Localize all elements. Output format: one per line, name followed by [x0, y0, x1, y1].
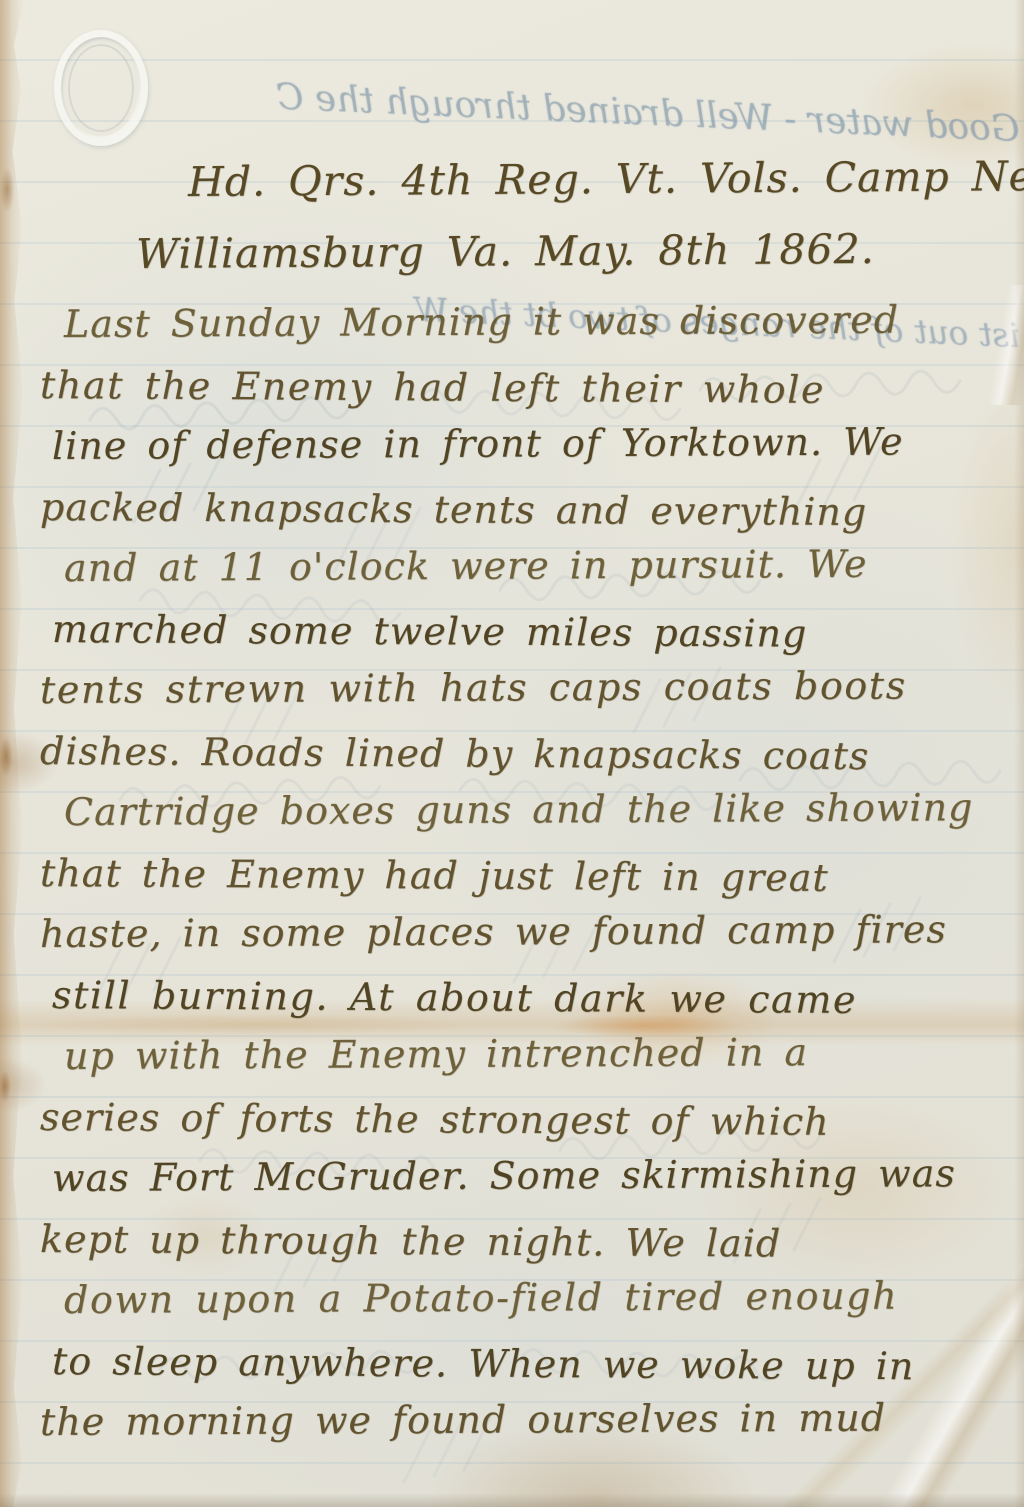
letter-line: line of defense in front of Yorktown. We [52, 413, 1012, 479]
letter-line: tents strewn with hats caps coats boots [40, 657, 1012, 723]
page-right-edge [1014, 0, 1024, 1507]
letter-line: Cartridge boxes guns and the like showin… [64, 779, 1012, 845]
letter-line: down upon a Potato-field tired enough [64, 1267, 1012, 1333]
letter-line: haste, in some places we found camp fire… [40, 901, 1012, 967]
letter-page: Good water - Well drained through the C … [0, 0, 1024, 1507]
letter-heading-line1: Hd. Qrs. 4th Reg. Vt. Vols. Camp Near [188, 144, 1012, 222]
letter-body: Last Sunday Morning it was discoveredtha… [40, 296, 1012, 1455]
letter-line: was Fort McGruder. Some skirmishing was [52, 1145, 1012, 1211]
page-bottom-edge [0, 1493, 1024, 1507]
letter-heading-line2: Williamsburg Va. May. 8th 1862. [136, 216, 1012, 292]
letter-content: Hd. Qrs. 4th Reg. Vt. Vols. Camp Near Wi… [40, 150, 1012, 1455]
embossed-seal [54, 30, 148, 146]
letter-line: Last Sunday Morning it was discovered [64, 291, 1012, 357]
letter-line: the morning we found ourselves in mud [40, 1389, 1012, 1455]
letter-line: and at 11 o'clock were in pursuit. We [64, 535, 1012, 601]
letter-line: up with the Enemy intrenched in a [64, 1023, 1012, 1089]
